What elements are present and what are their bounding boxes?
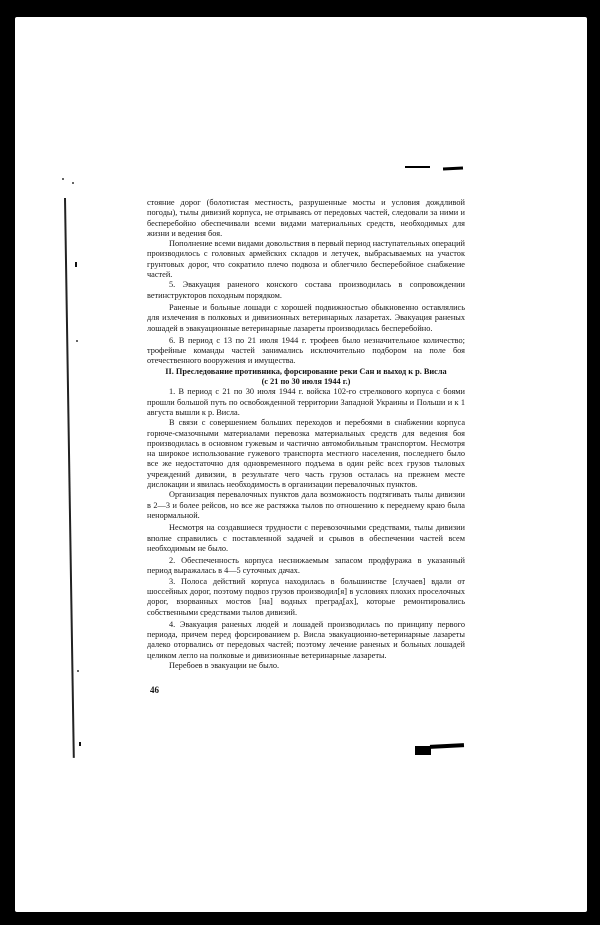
scan-speck (75, 262, 77, 267)
paragraph: Раненые и больные лошади с хорошей подви… (147, 303, 465, 334)
scan-black-mark (415, 746, 431, 755)
paragraph: Организация перевалочных пунктов дала во… (147, 490, 465, 521)
page-number: 46 (150, 685, 159, 695)
document-body: стояние дорог (болотистая местность, раз… (147, 198, 465, 671)
paragraph: 2. Обеспеченность корпуса неснижаемым за… (147, 556, 465, 577)
paragraph: Пополнение всеми видами довольствия в пе… (147, 239, 465, 280)
paragraph: В связи с совершением больших переходов … (147, 418, 465, 490)
scan-speck (77, 670, 79, 672)
scan-speck (76, 340, 78, 342)
scan-speck (79, 742, 81, 746)
paragraph: Перебоев в эвакуации не было. (147, 661, 465, 671)
paragraph: 4. Эвакуация раненых людей и лошадей про… (147, 620, 465, 661)
scan-speck (72, 182, 74, 184)
paragraph: 6. В период с 13 по 21 июля 1944 г. троф… (147, 336, 465, 367)
scan-speck (62, 178, 64, 180)
paragraph: 3. Полоса действий корпуса находилась в … (147, 577, 465, 618)
scan-dash-mark (405, 166, 430, 168)
section-dates: (с 21 по 30 июля 1944 г.) (147, 377, 465, 387)
section-heading: II. Преследование противника, форсирован… (147, 367, 465, 377)
paragraph: 1. В период с 21 по 30 июля 1944 г. войс… (147, 387, 465, 418)
paragraph: Несмотря на создавшиеся трудности с пере… (147, 523, 465, 554)
paragraph: 5. Эвакуация раненого конского состава п… (147, 280, 465, 301)
paragraph: стояние дорог (болотистая местность, раз… (147, 198, 465, 239)
